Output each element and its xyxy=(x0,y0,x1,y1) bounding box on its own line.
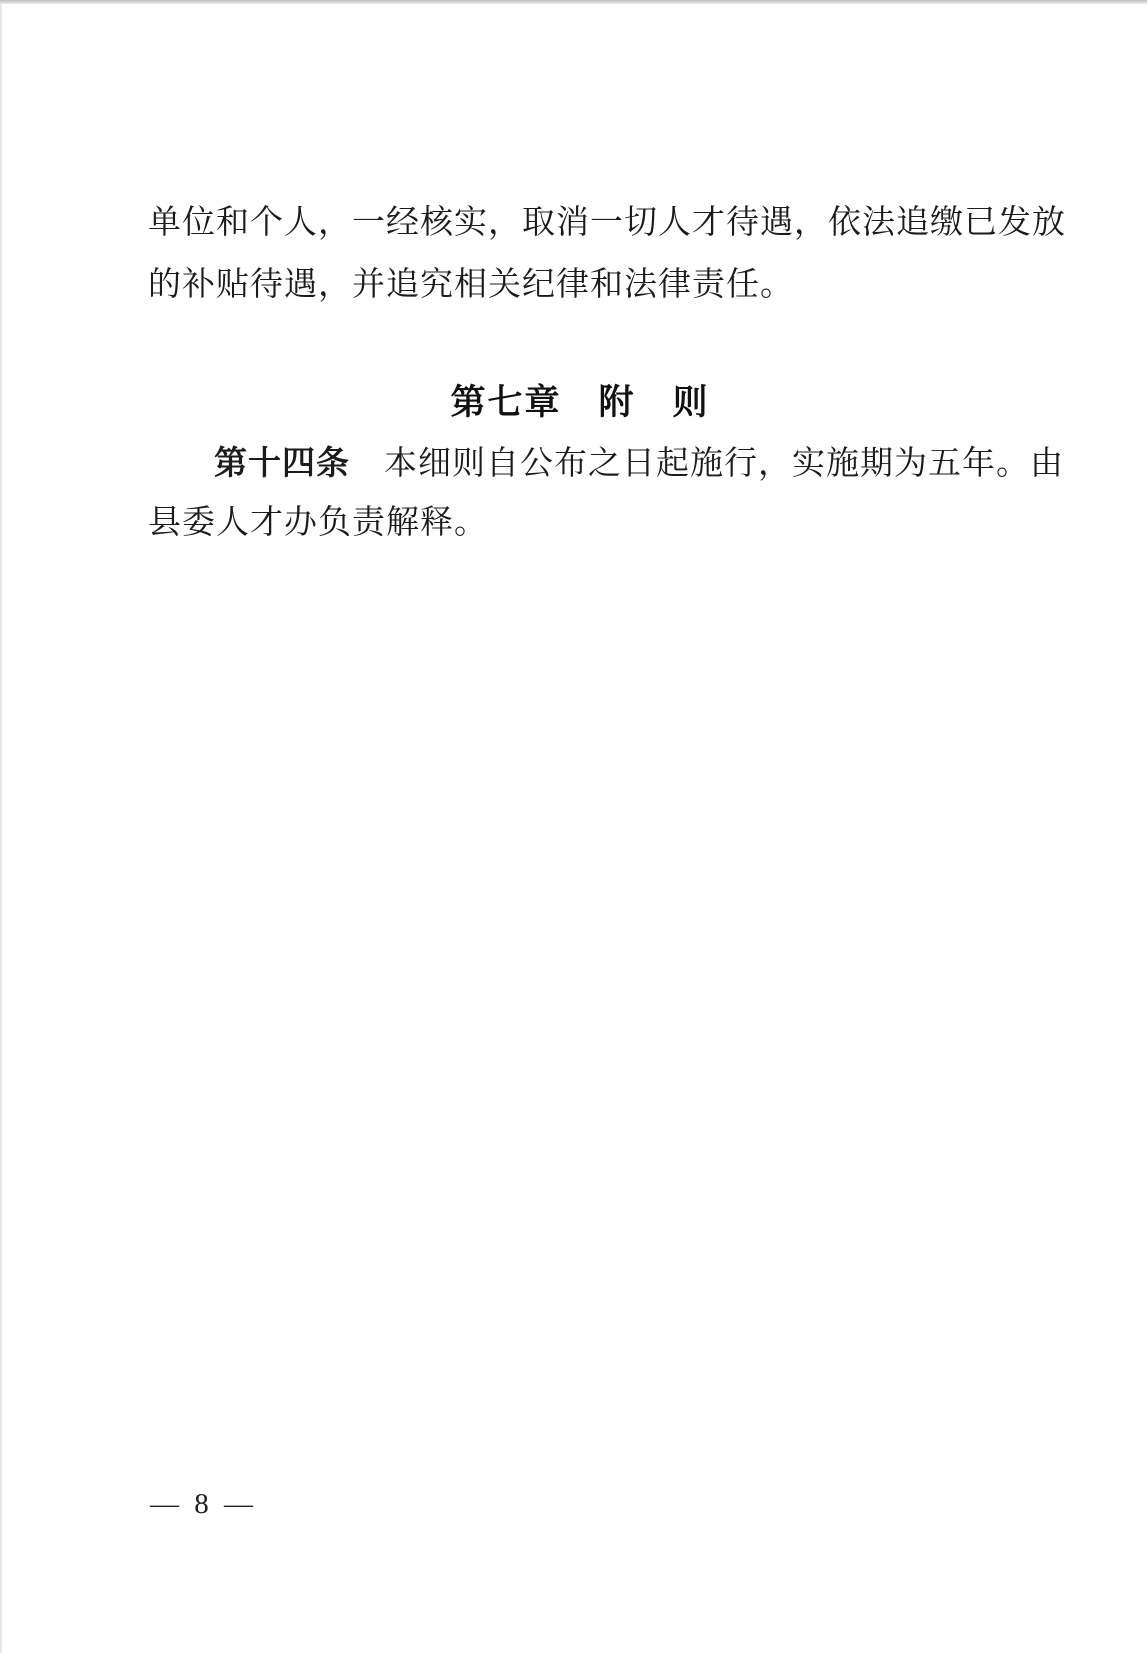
article-14-line-1: 第十四条 本细则自公布之日起施行，实施期为五年。由 xyxy=(148,444,1064,484)
paragraph-continuation-line-1: 单位和个人，一经核实，取消一切人才待遇，依法追缴已发放 xyxy=(148,203,1066,243)
page-number: — 8 — xyxy=(150,1488,257,1521)
scan-left-edge xyxy=(0,3,2,1653)
scan-top-edge xyxy=(0,0,1147,4)
document-page: 单位和个人，一经核实，取消一切人才待遇，依法追缴已发放 的补贴待遇，并追究相关纪… xyxy=(0,0,1147,1653)
paragraph-continuation-line-2: 的补贴待遇，并追究相关纪律和法律责任。 xyxy=(148,265,794,305)
article-text: 本细则自公布之日起施行，实施期为五年。由 xyxy=(350,446,1064,482)
article-number: 第十四条 xyxy=(214,446,350,482)
article-14-line-2: 县委人才办负责解释。 xyxy=(148,503,488,543)
chapter-heading: 第七章 附 则 xyxy=(148,381,1012,425)
